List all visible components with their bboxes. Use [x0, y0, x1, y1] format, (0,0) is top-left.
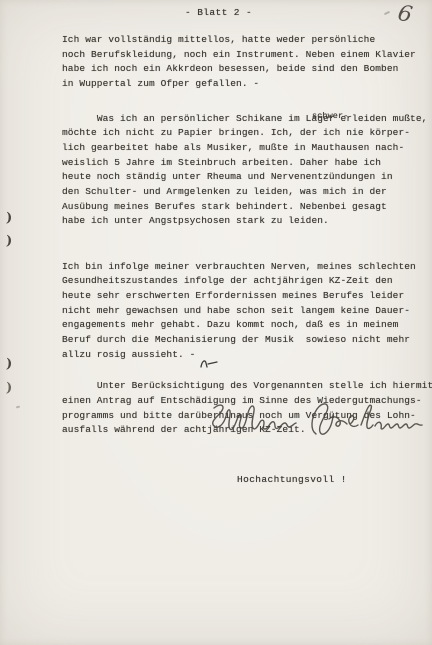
- handwritten-insertion-mark: [198, 357, 220, 369]
- closing-salutation: Hochachtungsvoll !: [62, 473, 424, 488]
- pencil-tick-mark: [384, 11, 390, 15]
- signature-wilhelm-heckmann: Wilhelm Heckmann: [196, 398, 432, 444]
- margin-paren-mark: ): [6, 234, 19, 250]
- paragraph-camp-hardship-text: Was ich an persönlicher Schikane im Lage…: [62, 113, 427, 227]
- paragraph-camp-hardship: Was ich an persönlicher Schikane im Lage…: [62, 97, 424, 259]
- margin-paren-mark: ): [6, 357, 19, 373]
- pencil-speck: [16, 406, 20, 409]
- typed-insertion-schwer: schwer-: [312, 109, 348, 124]
- margin-paren-mark: ): [6, 211, 19, 227]
- page-title: - Blatt 2 -: [185, 7, 252, 18]
- paragraph-health-career: Ich bin infolge meiner verbrauchten Nerv…: [62, 260, 424, 363]
- scanned-letter-page: 6 - Blatt 2 - ) ) ) ) Ich war vollständi…: [0, 0, 432, 645]
- handwritten-page-number: 6: [396, 1, 415, 28]
- paragraph-possessions: Ich war vollständig mittellos, hatte wed…: [62, 33, 424, 92]
- margin-paren-mark: ): [6, 381, 19, 397]
